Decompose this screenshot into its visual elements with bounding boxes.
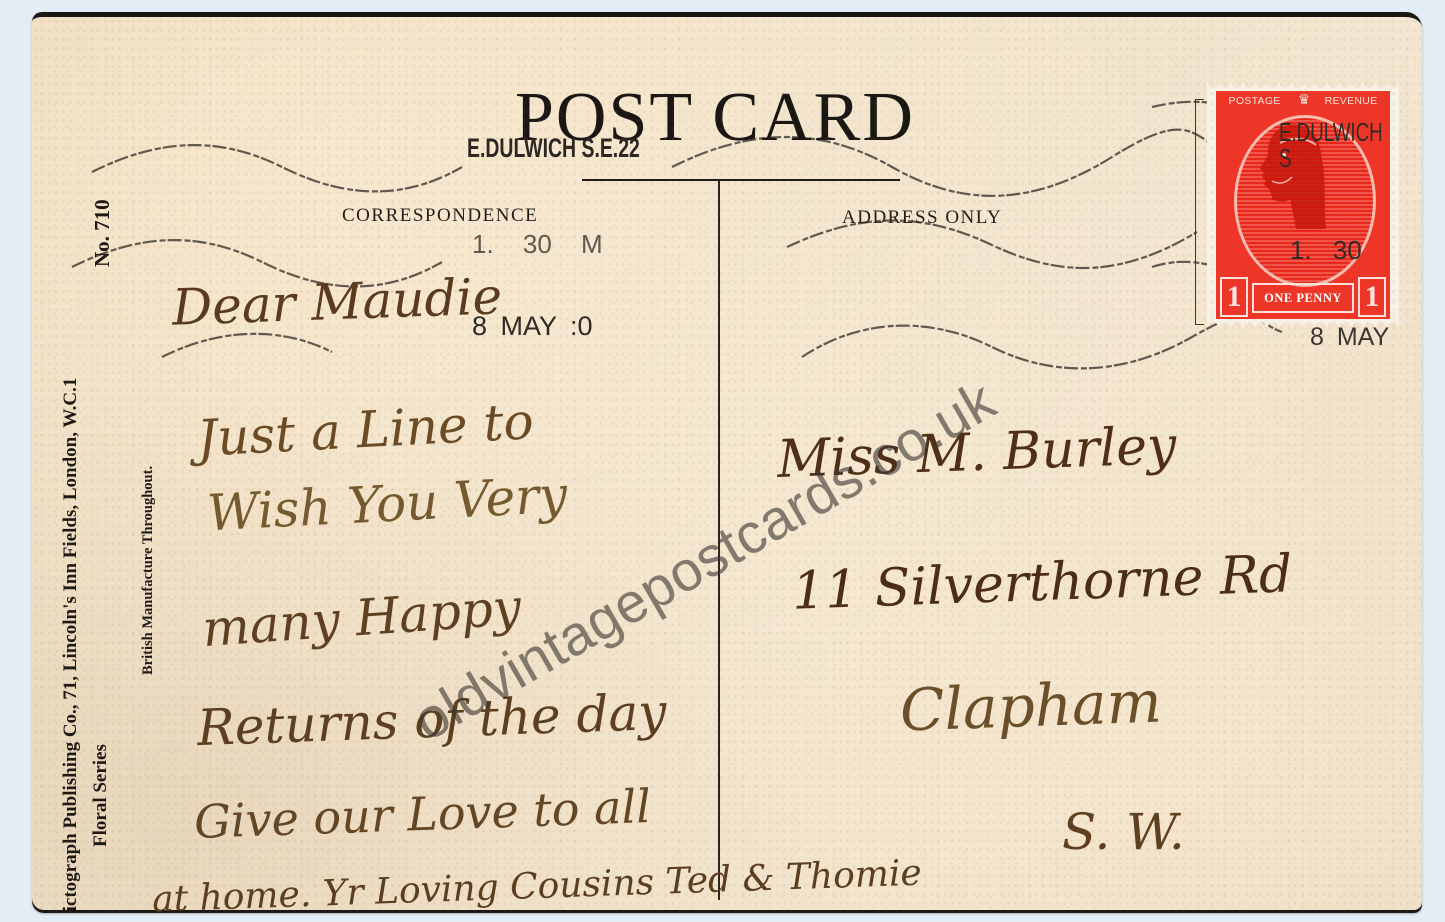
stamp-corner-value-right: 1 (1358, 277, 1386, 317)
card-number: No. 710 (90, 199, 115, 267)
manufacture-note: British Manufacture Throughout. (140, 466, 157, 675)
address-line-town: Clapham (899, 672, 1162, 739)
stamp-revenue-text: REVENUE (1325, 95, 1378, 107)
stamp-postage-text: POSTAGE (1229, 95, 1281, 107)
stamp-value-text: ONE PENNY (1252, 283, 1354, 313)
message-line: Dear Maudie (171, 271, 503, 332)
publisher-imprint: Pictograph Publishing Co., 71, Lincoln's… (60, 378, 82, 913)
correspondence-label: CORRESPONDENCE (342, 205, 538, 227)
postmark-time: 1. 30 M (472, 231, 603, 257)
series-name: Floral Series (90, 744, 112, 847)
stamp-value-bar: 1 ONE PENNY 1 (1216, 277, 1390, 313)
stamp-corner-value-left: 1 (1220, 277, 1248, 317)
address-line-district: S. W. (1062, 807, 1185, 857)
stamp-bracket (1195, 99, 1204, 325)
stamp-cancel-time: 1. 30 (1290, 237, 1362, 263)
postcard-back: POST CARD CORRESPONDENCE ADDRESS ONLY Pi… (32, 12, 1422, 913)
postmark-town: E.DULWICH S.E.22 (467, 135, 640, 162)
address-only-label: ADDRESS ONLY (842, 207, 1002, 229)
crown-icon: ♛ (1290, 93, 1318, 109)
stamp-cancel-town: E.DULWICH S (1279, 119, 1383, 171)
title-underline (582, 179, 900, 181)
stamp-cancel-date: 8 MAY (1310, 325, 1389, 350)
